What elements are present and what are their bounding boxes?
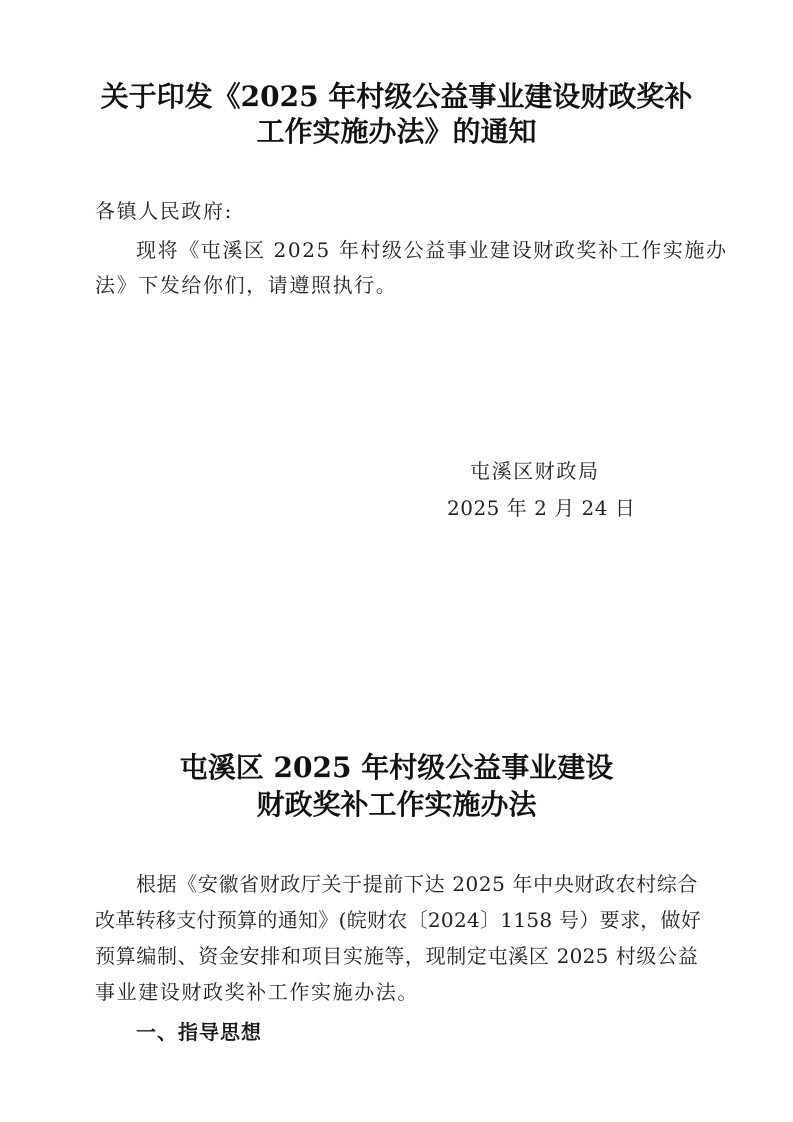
section-heading: 一、指导思想 — [136, 1019, 262, 1045]
intro-line-3: 预算编制、资金安排和项目实施等，现制定屯溪区 2025 村级公益 — [95, 943, 698, 969]
intro-line-4: 事业建设财政奖补工作实施办法。 — [95, 979, 419, 1005]
document-page: 关于印发《2025 年村级公益事业建设财政奖补 工作实施办法》的通知 各镇人民政… — [0, 0, 793, 1122]
measures-title-line-2: 财政奖补工作实施办法 — [0, 788, 793, 822]
measures-title-line-1: 屯溪区 2025 年村级公益事业建设 — [0, 751, 793, 785]
intro-line-1: 根据《安徽省财政厅关于提前下达 2025 年中央财政农村综合 — [136, 871, 698, 897]
signature-issuer: 屯溪区财政局 — [470, 458, 600, 484]
signature-date: 2025 年 2 月 24 日 — [447, 495, 635, 521]
intro-line-2: 改革转移支付预算的通知》(皖财农〔2024〕1158 号）要求，做好 — [95, 907, 698, 933]
notice-title-line-1: 关于印发《2025 年村级公益事业建设财政奖补 — [0, 80, 793, 114]
salutation: 各镇人民政府: — [95, 198, 233, 224]
notice-body-line-2: 法》下发给你们，请遵照执行。 — [95, 272, 397, 298]
notice-title-line-2: 工作实施办法》的通知 — [0, 115, 793, 149]
notice-body-line-1: 现将《屯溪区 2025 年村级公益事业建设财政奖补工作实施办 — [136, 237, 698, 263]
